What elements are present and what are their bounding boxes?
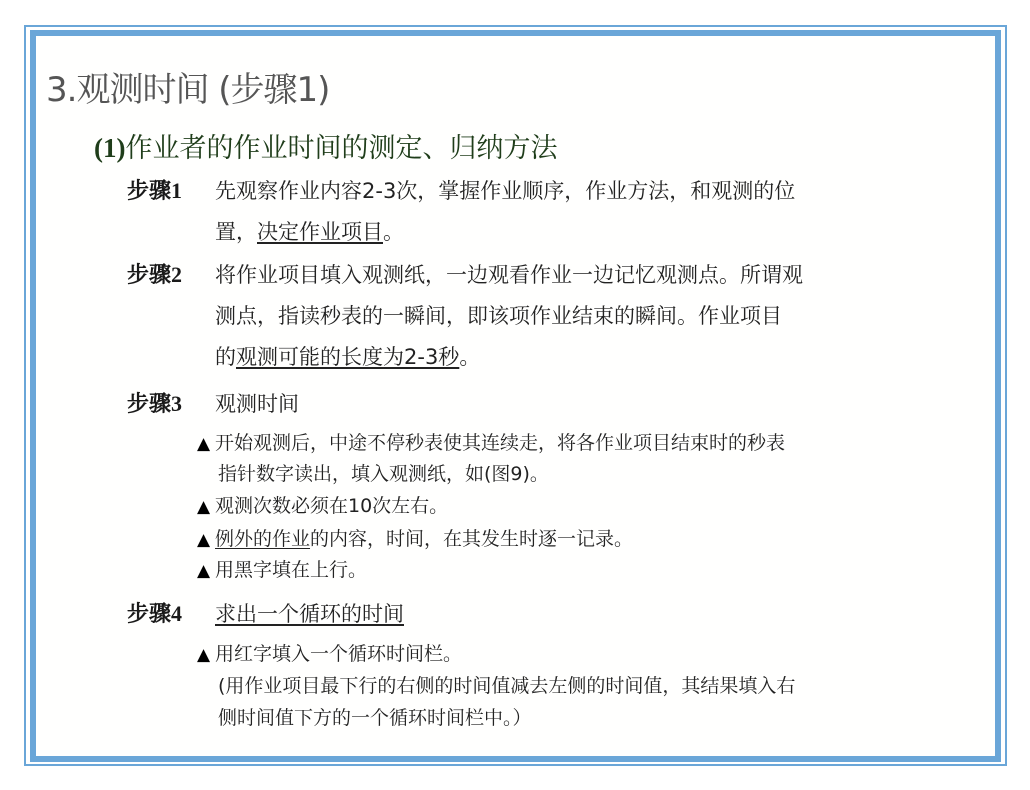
step-1-label: 步骤1 [127, 176, 182, 206]
step-3-bullet-3-rest: 的内容，时间，在其发生时逐一记录。 [310, 528, 633, 550]
triangle-bullet-icon: ▲ [197, 558, 215, 584]
step-4-label: 步骤4 [127, 599, 182, 629]
step-3-bullet-1-line-1: 开始观测后，中途不停秒表使其连续走，将各作业项目结束时的秒表 [215, 432, 785, 454]
step-1-line-1: 先观察作业内容2-3次，掌握作业顺序，作业方法，和观测的位 [215, 176, 795, 206]
triangle-bullet-icon: ▲ [197, 527, 215, 553]
step-4-note-line-2: 侧时间值下方的一个循环时间栏中。） [218, 705, 532, 731]
step-2-line-3-c: 。 [459, 345, 480, 369]
triangle-bullet-icon: ▲ [197, 642, 215, 668]
step-3-bullet-1-line-2: 指针数字读出，填入观测纸，如(图9)。 [218, 461, 549, 487]
subheading-number: (1) [94, 133, 125, 163]
step-2-underlined-phrase: 观测可能的长度为2-3秒 [236, 345, 459, 369]
step-3-label: 步骤3 [127, 389, 182, 419]
step-2-line-2: 测点，指读秒表的一瞬间，即该项作业结束的瞬间。作业项目 [215, 301, 782, 331]
step-2-line-3-a: 的 [215, 345, 236, 369]
step-2-line-1: 将作业项目填入观测纸，一边观看作业一边记忆观测点。所谓观 [215, 260, 803, 290]
step-4-bullet-1: ▲用红字填入一个循环时间栏。 [197, 641, 462, 668]
section-subheading: (1)作业者的作业时间的测定、归纳方法 [94, 130, 557, 167]
step-3-bullet-4-text: 用黑字填在上行。 [215, 559, 367, 581]
step-4-heading: 求出一个循环的时间 [215, 599, 404, 629]
step-3-bullet-3: ▲例外的作业的内容，时间，在其发生时逐一记录。 [197, 526, 633, 553]
slide-title: 3.观测时间 (步骤1) [46, 68, 329, 112]
step-1-line-2-c: 。 [383, 220, 404, 244]
step-1-line-2-a: 置， [215, 220, 257, 244]
step-3-underlined-phrase: 例外的作业 [215, 528, 310, 550]
triangle-bullet-icon: ▲ [197, 431, 215, 457]
step-2-label: 步骤2 [127, 260, 182, 290]
step-1-underlined-phrase: 决定作业项目 [257, 220, 383, 244]
step-3-heading: 观测时间 [215, 389, 299, 419]
subheading-text: 作业者的作业时间的测定、归纳方法 [125, 133, 557, 164]
step-3-bullet-1: ▲开始观测后，中途不停秒表使其连续走，将各作业项目结束时的秒表 [197, 430, 785, 457]
step-3-bullet-4: ▲用黑字填在上行。 [197, 557, 367, 584]
step-2-line-3: 的观测可能的长度为2-3秒。 [215, 342, 480, 372]
step-4-bullet-1-text: 用红字填入一个循环时间栏。 [215, 643, 462, 665]
triangle-bullet-icon: ▲ [197, 494, 215, 520]
step-3-bullet-2-text: 观测次数必须在10次左右。 [215, 495, 448, 517]
step-3-bullet-2: ▲观测次数必须在10次左右。 [197, 493, 448, 520]
step-4-note-line-1: (用作业项目最下行的右侧的时间值减去左侧的时间值，其结果填入右 [218, 673, 795, 699]
step-1-line-2: 置，决定作业项目。 [215, 217, 404, 247]
